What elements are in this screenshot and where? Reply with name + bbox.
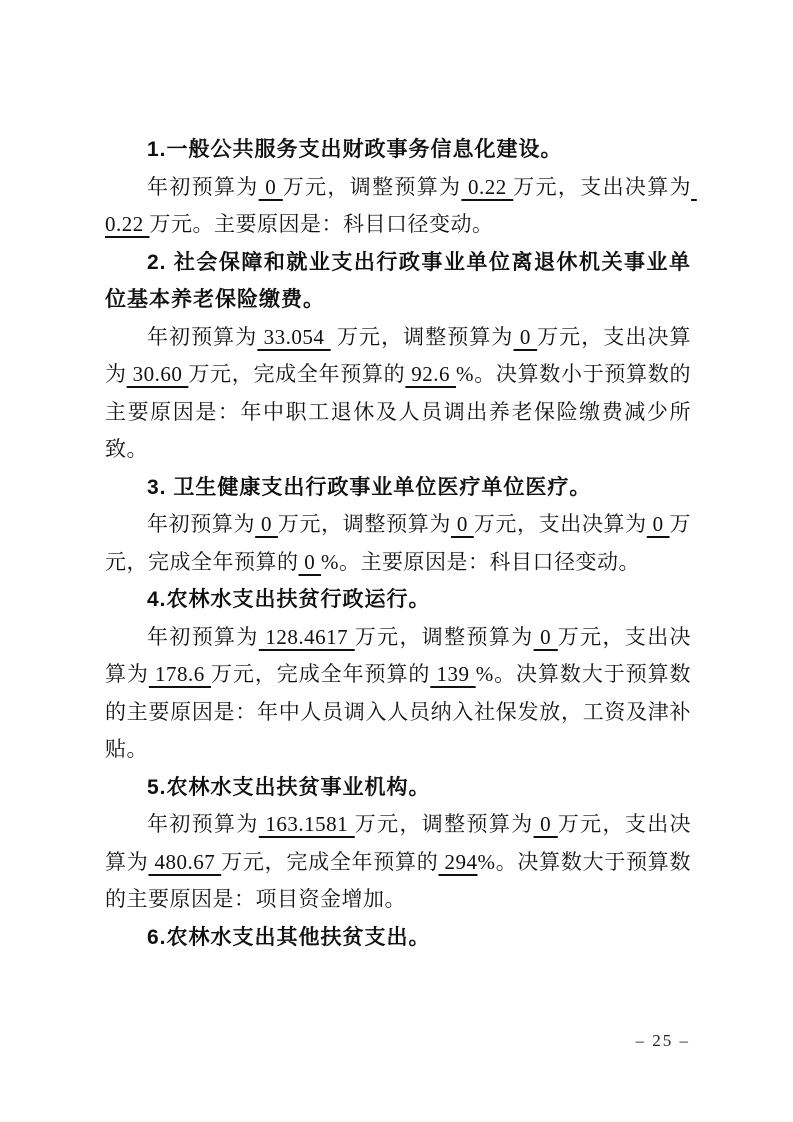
section-paragraph-5: 年初预算为 163.1581 万元，调整预算为 0 万元，支出决算为 480.6… (105, 806, 691, 919)
underlined-value: 30.60 (127, 362, 189, 386)
underlined-value: 139 (430, 662, 475, 686)
underlined-value: 0 (647, 512, 670, 536)
text-run: 年初预算为 (147, 625, 259, 649)
section-paragraph-1: 年初预算为 0 万元，调整预算为 0.22 万元，支出决算为 0.22 万元。主… (105, 169, 691, 244)
text-run: 万元，调整预算为 (278, 512, 451, 536)
text-run: 万元，支出决算为 (513, 175, 691, 199)
section-heading-1: 1.一般公共服务支出财政事务信息化建设。 (105, 131, 691, 169)
text-run: 万元。主要原因是：科目口径变动。 (150, 212, 494, 236)
text-run: 万元，完成全年预算的 (188, 362, 405, 386)
section-heading-3: 3. 卫生健康支出行政事业单位医疗单位医疗。 (105, 469, 691, 507)
underlined-value: 33.054 (257, 325, 330, 349)
underlined-value: 0 (299, 550, 322, 574)
text-run: 万元，完成全年预算的 (221, 850, 438, 874)
text-run: 年初预算为 (147, 512, 255, 536)
text-run: 万元，调整预算为 (355, 812, 534, 836)
underlined-value: 0 (514, 325, 538, 349)
section-paragraph-3: 年初预算为 0 万元，调整预算为 0 万元，支出决算为 0 万元，完成全年预算的… (105, 506, 691, 581)
text-run: 年初预算为 (147, 175, 259, 199)
underlined-value: 480.67 (148, 850, 221, 874)
text-run: 年初预算为 (147, 812, 259, 836)
text-run: 万元，调整预算为 (331, 325, 514, 349)
underlined-value: 0.22 (461, 175, 513, 199)
text-run: %。主要原因是：科目口径变动。 (321, 550, 640, 574)
underlined-value: 92.6 (405, 362, 456, 386)
section-paragraph-2: 年初预算为 33.054 万元，调整预算为 0 万元，支出决算为 30.60 万… (105, 319, 691, 469)
underlined-value: 0 (451, 512, 474, 536)
underlined-value: 0 (534, 625, 558, 649)
underlined-value: 0 (534, 812, 558, 836)
page-number: – 25 – (636, 1030, 691, 1052)
underlined-value: 0 (259, 175, 283, 199)
document-body: 1.一般公共服务支出财政事务信息化建设。年初预算为 0 万元，调整预算为 0.2… (105, 131, 691, 956)
section-paragraph-4: 年初预算为 128.4617 万元，调整预算为 0 万元，支出决算为 178.6… (105, 619, 691, 769)
underlined-value: 178.6 (149, 662, 211, 686)
text-run: 万元，调整预算为 (283, 175, 462, 199)
text-run: 万元，完成全年预算的 (211, 662, 430, 686)
underlined-value: 0 (255, 512, 278, 536)
section-heading-4: 4.农林水支出扶贫行政运行。 (105, 581, 691, 619)
underlined-value: 294 (438, 850, 477, 874)
underlined-value: 128.4617 (259, 625, 355, 649)
text-run: 年初预算为 (147, 325, 257, 349)
section-heading-5: 5.农林水支出扶贫事业机构。 (105, 769, 691, 807)
section-heading-2: 2. 社会保障和就业支出行政事业单位离退休机关事业单位基本养老保险缴费。 (105, 244, 691, 319)
text-run: 万元，支出决算为 (474, 512, 647, 536)
text-run: 万元，调整预算为 (355, 625, 534, 649)
document-page: { "page": { "footer": { "page_label": "–… (0, 0, 793, 1122)
section-heading-6: 6.农林水支出其他扶贫支出。 (105, 919, 691, 957)
underlined-value: 163.1581 (259, 812, 355, 836)
page-background: 1.一般公共服务支出财政事务信息化建设。年初预算为 0 万元，调整预算为 0.2… (0, 0, 793, 1122)
